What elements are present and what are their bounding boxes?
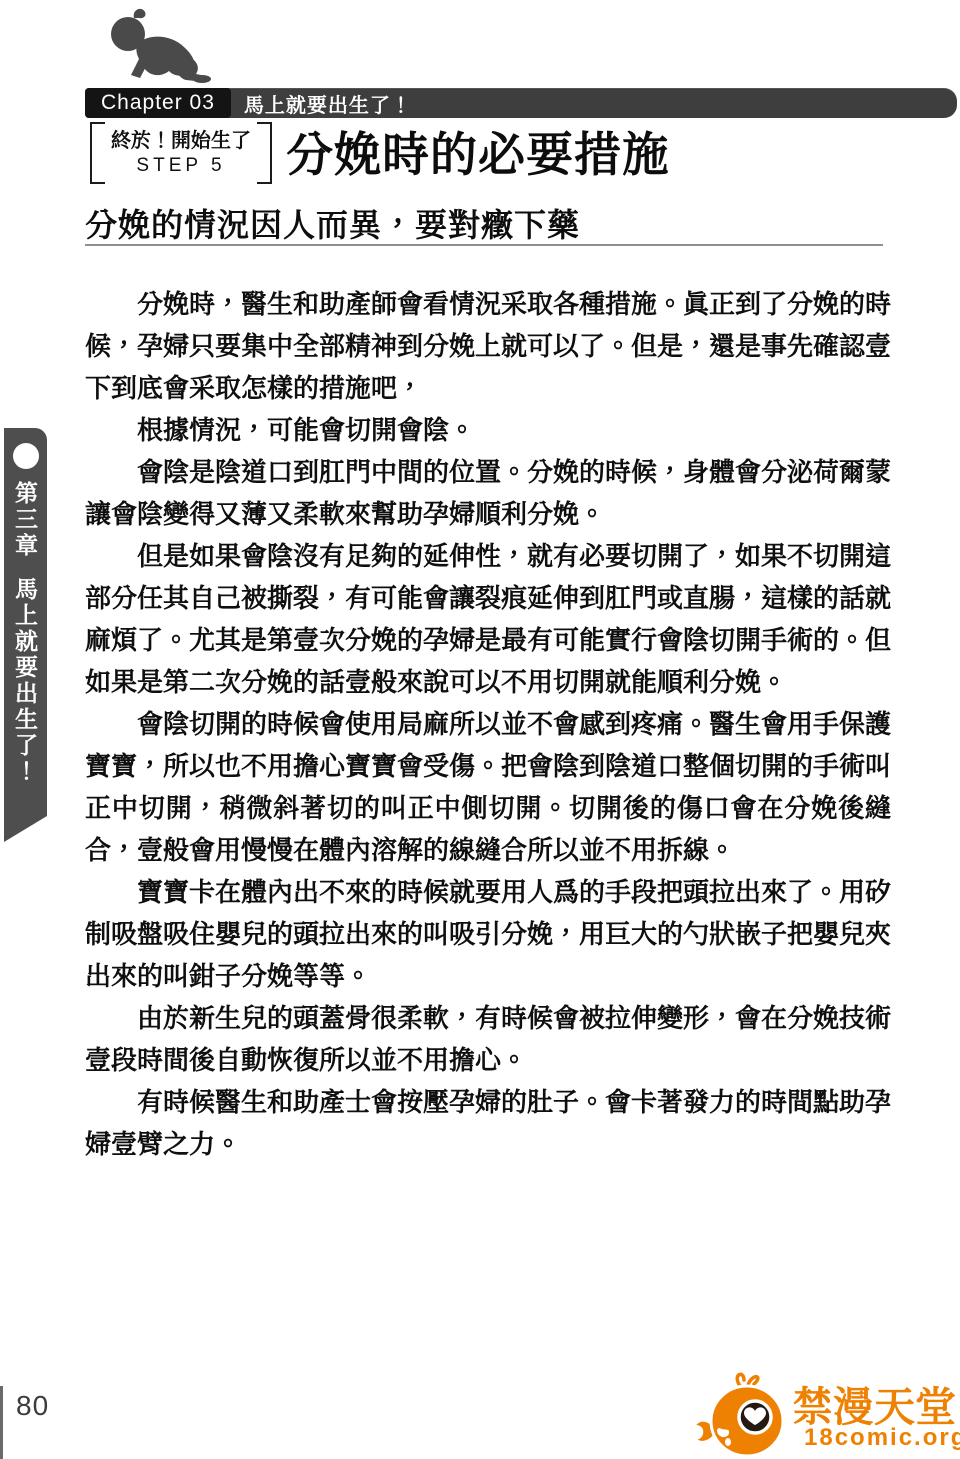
sidebar-chapter-text: 第三章馬上就要出生了！ bbox=[9, 481, 42, 785]
body-paragraph: 會陰切開的時候會使用局麻所以並不會感到疼痛。醫生會用手保護寶寶，所以也不用擔心寶… bbox=[85, 703, 891, 871]
sidebar-chapter-label: 第三章 bbox=[12, 481, 38, 559]
chapter-label: Chapter 03 bbox=[85, 88, 231, 118]
crawling-baby-icon bbox=[98, 5, 222, 91]
step-box-step-number: STEP 5 bbox=[136, 154, 225, 178]
sidebar-chapter-title: 馬上就要出生了！ bbox=[12, 577, 38, 785]
bracket-right-decoration bbox=[257, 122, 272, 184]
scan-edge-line bbox=[0, 1386, 3, 1459]
watermark: 禁漫天堂 18comic.org bbox=[692, 1368, 960, 1459]
chapter-bar: Chapter 03 馬上就要出生了！ bbox=[85, 88, 957, 118]
body-paragraph: 分娩時，醫生和助產師會看情況采取各種措施。眞正到了分娩的時候，孕婦只要集中全部精… bbox=[85, 283, 891, 409]
sidebar-bullet-icon bbox=[13, 443, 39, 469]
orange-whale-mascot-icon bbox=[692, 1372, 790, 1458]
page-subtitle: 分娩的情況因人而異，要對癥下藥 bbox=[85, 200, 580, 246]
page-number: 80 bbox=[16, 1390, 49, 1422]
subtitle-divider bbox=[85, 244, 883, 246]
chapter-bar-title: 馬上就要出生了！ bbox=[244, 89, 412, 118]
step-box-caption: 終於！開始生了 bbox=[111, 128, 251, 154]
body-paragraph: 由於新生兒的頭蓋骨很柔軟，有時候會被拉伸變形，會在分娩技術壹段時間後自動恢復所以… bbox=[85, 997, 891, 1081]
body-paragraph: 會陰是陰道口到肛門中間的位置。分娩的時候，身體會分泌荷爾蒙讓會陰變得又薄又柔軟來… bbox=[85, 451, 891, 535]
page-title: 分娩時的必要措施 bbox=[286, 118, 670, 185]
body-text: 分娩時，醫生和助產師會看情況采取各種措施。眞正到了分娩的時候，孕婦只要集中全部精… bbox=[85, 283, 891, 1165]
body-paragraph: 有時候醫生和助產士會按壓孕婦的肚子。會卡著發力的時間點助孕婦壹臂之力。 bbox=[85, 1081, 891, 1165]
step-box: 終於！開始生了 STEP 5 bbox=[90, 122, 272, 184]
bracket-left-decoration bbox=[90, 122, 105, 184]
body-paragraph: 根據情況，可能會切開會陰。 bbox=[85, 409, 891, 451]
body-paragraph: 寶寶卡在體內出不來的時候就要用人爲的手段把頭拉出來了。用矽制吸盤吸住嬰兒的頭拉出… bbox=[85, 871, 891, 997]
chapter-sidebar-tab: 第三章馬上就要出生了！ bbox=[4, 428, 47, 842]
watermark-site-url: 18comic.org bbox=[804, 1424, 960, 1452]
body-paragraph: 但是如果會陰沒有足夠的延伸性，就有必要切開了，如果不切開這部分任其自己被撕裂，有… bbox=[85, 535, 891, 703]
page-root: Chapter 03 馬上就要出生了！ 終於！開始生了 STEP 5 分娩時的必… bbox=[0, 0, 960, 1459]
